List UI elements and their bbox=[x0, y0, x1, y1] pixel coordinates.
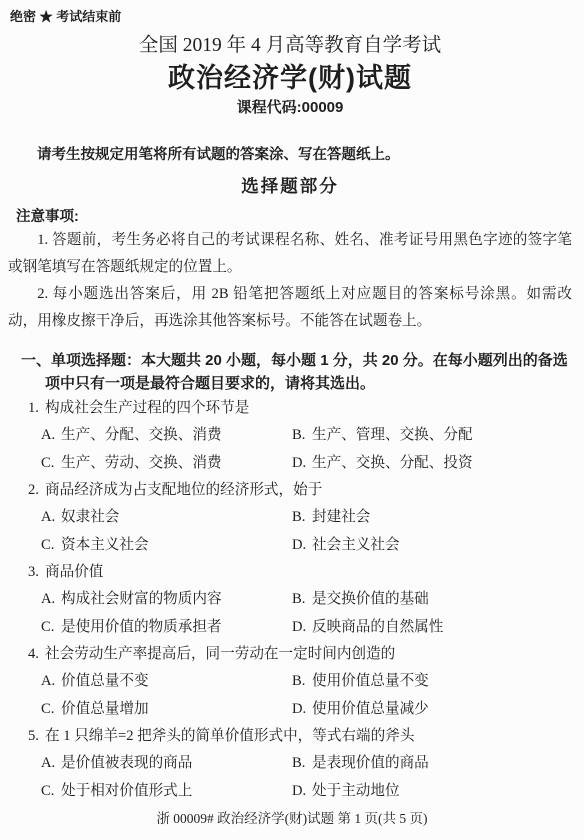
option-b: B.生产、管理、交换、分配 bbox=[292, 421, 572, 449]
question-stem-text: 在 1 只绵羊=2 把斧头的简单价值形式中，等式右端的斧头 bbox=[45, 728, 414, 744]
option-a: A.生产、分配、交换、消费 bbox=[41, 421, 292, 449]
option-label: D. bbox=[292, 531, 312, 559]
section-heading: 一、单项选择题：本大题共 20 小题，每小题 1 分，共 20 分。在每小题列出… bbox=[21, 349, 572, 395]
question-number: 4. bbox=[28, 641, 45, 667]
option-label: C. bbox=[41, 695, 61, 723]
option-text: 处于主动地位 bbox=[312, 783, 400, 799]
option-text: 价值总量增加 bbox=[61, 701, 149, 717]
option-a: A.价值总量不变 bbox=[41, 667, 292, 695]
answer-sheet-notice: 请考生按规定用笔将所有试题的答案涂、写在答题纸上。 bbox=[8, 145, 572, 165]
option-d: D.反映商品的自然属性 bbox=[292, 613, 572, 641]
options-grid: A.构成社会财富的物质内容 B.是交换价值的基础 C.是使用价值的物质承担者 D… bbox=[41, 585, 572, 641]
options-grid: A.生产、分配、交换、消费 B.生产、管理、交换、分配 C.生产、劳动、交换、消… bbox=[41, 421, 572, 477]
option-label: B. bbox=[292, 749, 312, 777]
option-text: 生产、交换、分配、投资 bbox=[312, 455, 473, 471]
option-label: B. bbox=[292, 421, 312, 449]
paper-title: 政治经济学(财)试题 bbox=[8, 59, 572, 97]
question-stem: 4.社会劳动生产率提高后，同一劳动在一定时间内创造的 bbox=[28, 641, 572, 667]
option-label: D. bbox=[292, 613, 312, 641]
option-label: A. bbox=[41, 749, 61, 777]
question-stem-text: 商品经济成为占支配地位的经济形式，始于 bbox=[45, 482, 322, 498]
option-text: 处于相对价值形式上 bbox=[61, 783, 192, 799]
option-label: D. bbox=[292, 695, 312, 723]
option-b: B.是表现价值的商品 bbox=[292, 749, 572, 777]
option-d: D.生产、交换、分配、投资 bbox=[292, 449, 572, 477]
question-number: 2. bbox=[28, 477, 45, 503]
option-label: A. bbox=[41, 421, 61, 449]
page-footer: 浙 00009# 政治经济学(财)试题 第 1 页(共 5 页) bbox=[0, 810, 584, 828]
option-text: 生产、管理、交换、分配 bbox=[312, 427, 473, 443]
option-c: C.资本主义社会 bbox=[41, 531, 292, 559]
question-stem-text: 构成社会生产过程的四个环节是 bbox=[45, 400, 249, 416]
question-stem-text: 商品价值 bbox=[45, 564, 103, 580]
question-stem: 2.商品经济成为占支配地位的经济形式，始于 bbox=[28, 477, 572, 503]
option-a: A.是价值被表现的商品 bbox=[41, 749, 292, 777]
option-text: 生产、劳动、交换、消费 bbox=[61, 455, 222, 471]
option-text: 使用价值总量减少 bbox=[312, 701, 429, 717]
option-d: D.使用价值总量减少 bbox=[292, 695, 572, 723]
option-text: 是表现价值的商品 bbox=[312, 755, 429, 771]
option-text: 奴隶社会 bbox=[61, 509, 119, 525]
question-stem: 5.在 1 只绵羊=2 把斧头的简单价值形式中，等式右端的斧头 bbox=[28, 723, 572, 749]
question-3: 3.商品价值 A.构成社会财富的物质内容 B.是交换价值的基础 C.是使用价值的… bbox=[28, 559, 572, 641]
option-d: D.处于主动地位 bbox=[292, 777, 572, 805]
option-text: 是价值被表现的商品 bbox=[61, 755, 192, 771]
option-text: 使用价值总量不变 bbox=[312, 673, 429, 689]
option-label: D. bbox=[292, 449, 312, 477]
option-c: C.是使用价值的物质承担者 bbox=[41, 613, 292, 641]
exam-paper-page: 绝密 ★ 考试结束前 全国 2019 年 4 月高等教育自学考试 政治经济学(财… bbox=[0, 0, 584, 840]
option-text: 社会主义社会 bbox=[312, 537, 400, 553]
option-label: C. bbox=[41, 613, 61, 641]
option-text: 是使用价值的物质承担者 bbox=[61, 619, 222, 635]
option-label: D. bbox=[292, 777, 312, 805]
option-label: C. bbox=[41, 449, 61, 477]
notes-title: 注意事项: bbox=[16, 207, 572, 227]
option-text: 构成社会财富的物质内容 bbox=[61, 591, 222, 607]
question-number: 5. bbox=[28, 723, 45, 749]
part-title: 选择题部分 bbox=[8, 173, 572, 199]
note-item-1: 1. 答题前，考生务必将自己的考试课程名称、姓名、准考证号用黑色字迹的签字笔或钢… bbox=[8, 227, 572, 281]
option-label: C. bbox=[41, 777, 61, 805]
question-2: 2.商品经济成为占支配地位的经济形式，始于 A.奴隶社会 B.封建社会 C.资本… bbox=[28, 477, 572, 559]
option-label: A. bbox=[41, 503, 61, 531]
option-b: B.使用价值总量不变 bbox=[292, 667, 572, 695]
option-a: A.构成社会财富的物质内容 bbox=[41, 585, 292, 613]
options-grid: A.奴隶社会 B.封建社会 C.资本主义社会 D.社会主义社会 bbox=[41, 503, 572, 559]
option-text: 价值总量不变 bbox=[61, 673, 149, 689]
question-5: 5.在 1 只绵羊=2 把斧头的简单价值形式中，等式右端的斧头 A.是价值被表现… bbox=[28, 723, 572, 805]
question-stem-text: 社会劳动生产率提高后，同一劳动在一定时间内创造的 bbox=[45, 646, 395, 662]
option-a: A.奴隶社会 bbox=[41, 503, 292, 531]
option-c: C.生产、劳动、交换、消费 bbox=[41, 449, 292, 477]
option-label: A. bbox=[41, 667, 61, 695]
option-c: C.处于相对价值形式上 bbox=[41, 777, 292, 805]
question-number: 3. bbox=[28, 559, 45, 585]
options-grid: A.价值总量不变 B.使用价值总量不变 C.价值总量增加 D.使用价值总量减少 bbox=[41, 667, 572, 723]
option-text: 生产、分配、交换、消费 bbox=[61, 427, 222, 443]
option-d: D.社会主义社会 bbox=[292, 531, 572, 559]
options-grid: A.是价值被表现的商品 B.是表现价值的商品 C.处于相对价值形式上 D.处于主… bbox=[41, 749, 572, 805]
option-b: B.是交换价值的基础 bbox=[292, 585, 572, 613]
option-label: B. bbox=[292, 503, 312, 531]
option-label: A. bbox=[41, 585, 61, 613]
option-b: B.封建社会 bbox=[292, 503, 572, 531]
question-stem: 1.构成社会生产过程的四个环节是 bbox=[28, 395, 572, 421]
question-stem: 3.商品价值 bbox=[28, 559, 572, 585]
option-text: 资本主义社会 bbox=[61, 537, 149, 553]
option-label: C. bbox=[41, 531, 61, 559]
question-number: 1. bbox=[28, 395, 45, 421]
course-code: 课程代码:00009 bbox=[8, 97, 572, 119]
option-c: C.价值总量增加 bbox=[41, 695, 292, 723]
option-label: B. bbox=[292, 585, 312, 613]
security-classification-label: 绝密 ★ 考试结束前 bbox=[10, 8, 572, 26]
exam-session-title: 全国 2019 年 4 月高等教育自学考试 bbox=[8, 33, 572, 59]
note-item-2: 2. 每小题选出答案后，用 2B 铅笔把答题纸上对应题目的答案标号涂黑。如需改动… bbox=[8, 281, 572, 335]
question-1: 1.构成社会生产过程的四个环节是 A.生产、分配、交换、消费 B.生产、管理、交… bbox=[28, 395, 572, 477]
option-text: 是交换价值的基础 bbox=[312, 591, 429, 607]
question-4: 4.社会劳动生产率提高后，同一劳动在一定时间内创造的 A.价值总量不变 B.使用… bbox=[28, 641, 572, 723]
option-label: B. bbox=[292, 667, 312, 695]
option-text: 反映商品的自然属性 bbox=[312, 619, 443, 635]
option-text: 封建社会 bbox=[312, 509, 370, 525]
